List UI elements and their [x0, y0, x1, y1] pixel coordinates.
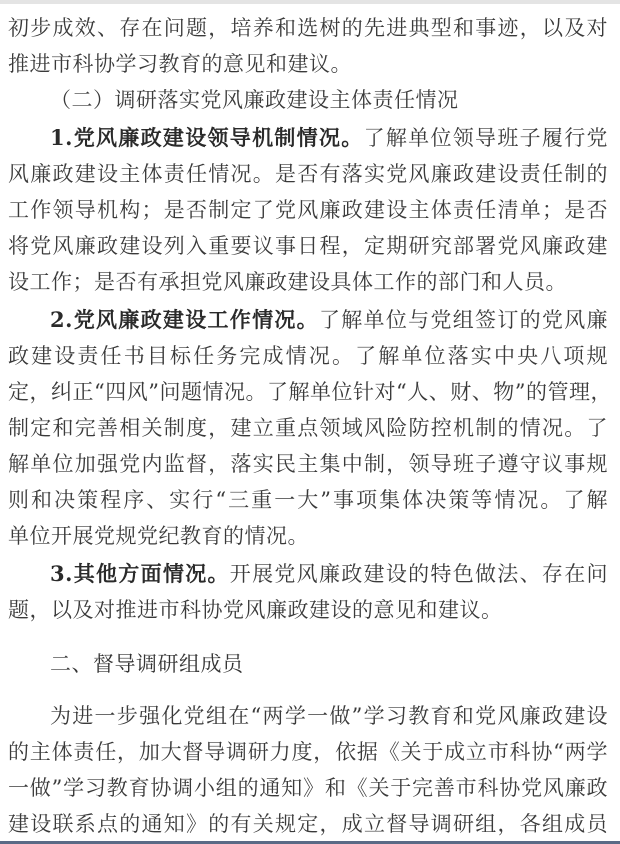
paragraph-line: 单位开展党规党纪教育的情况。 — [8, 518, 608, 554]
paragraph-line: 将党风廉政建设列入重要议事日程，定期研究部署党风廉政建 — [8, 228, 608, 264]
paragraph-line: 题，以及对推进市科协党风廉政建设的意见和建议。 — [8, 592, 608, 628]
item-1-line: 1.党风廉政建设领导机制情况。了解单位领导班子履行党 — [8, 120, 608, 156]
paragraph-line: 的主体责任，加大督导调研力度，依据《关于成立市科协“两学 — [8, 734, 608, 770]
paragraph-line: 制定和完善相关制度，建立重点领域风险防控机制的情况。了 — [8, 410, 608, 446]
section-heading-members: 二、督导调研组成员 — [8, 646, 608, 682]
paragraph-line: 定，纠正“四风”问题情况。了解单位针对“人、财、物”的管理， — [8, 374, 608, 410]
item-2-text: 了解单位与党组签订的党风廉 — [319, 308, 608, 332]
section-heading-2: （二）调研落实党风廉政建设主体责任情况 — [8, 82, 608, 118]
item-2-title: 2.党风廉政建设工作情况。 — [50, 307, 319, 332]
item-1-title: 1.党风廉政建设领导机制情况。 — [50, 125, 364, 150]
page-top-edge — [0, 0, 620, 4]
paragraph-line: 建设联系点的通知》的有关规定，成立督导调研组，各组成员 — [8, 806, 608, 842]
item-3-text: 开展党风廉政建设的特色做法、存在问 — [230, 562, 608, 586]
item-3-line: 3.其他方面情况。开展党风廉政建设的特色做法、存在问 — [8, 556, 608, 592]
paragraph-line: 初步成效、存在问题，培养和选树的先进典型和事迹，以及对 — [8, 10, 608, 46]
item-2-line: 2.党风廉政建设工作情况。了解单位与党组签订的党风廉 — [8, 302, 608, 338]
paragraph-line: 工作领导机构；是否制定了党风廉政建设主体责任清单；是否 — [8, 192, 608, 228]
item-3-title: 3.其他方面情况。 — [50, 561, 230, 586]
paragraph-line: 一做”学习教育协调小组的通知》和《关于完善市科协党风廉政 — [8, 770, 608, 806]
paragraph-line: 为进一步强化党组在“两学一做”学习教育和党风廉政建设 — [8, 698, 608, 734]
paragraph-line: 政建设责任书目标任务完成情况。了解单位落实中央八项规 — [8, 338, 608, 374]
paragraph-line: 解单位加强党内监督，落实民主集中制，领导班子遵守议事规 — [8, 446, 608, 482]
item-1-text: 了解单位领导班子履行党 — [364, 126, 608, 150]
paragraph-line: 设工作；是否有承担党风廉政建设具体工作的部门和人员。 — [8, 264, 608, 300]
paragraph-line: 风廉政建设主体责任情况。是否有落实党风廉政建设责任制的 — [8, 156, 608, 192]
paragraph-line: 推进市科协学习教育的意见和建议。 — [8, 46, 608, 82]
paragraph-line: 则和决策程序、实行“三重一大”事项集体决策等情况。了解 — [8, 482, 608, 518]
